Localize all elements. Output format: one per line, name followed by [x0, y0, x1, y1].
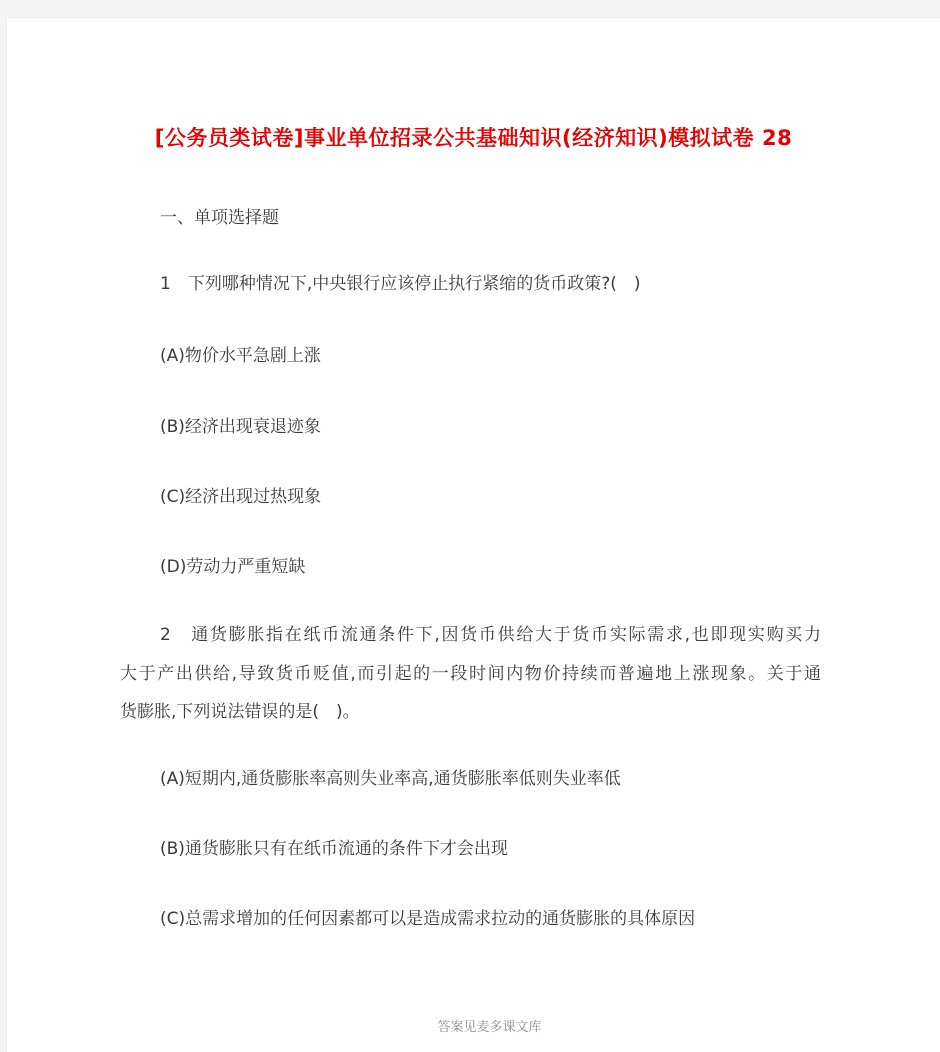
question-1-option-a: (A)物价水平急剧上涨: [120, 344, 821, 368]
question-2-stem-line-1: 2 通货膨胀指在纸币流通条件下,因货币供给大于货币实际需求,也即现实购买力: [120, 616, 821, 655]
question-2-option-b: (B)通货膨胀只有在纸币流通的条件下才会出现: [120, 837, 821, 861]
section-heading: 一、单项选择题: [120, 206, 821, 230]
page-title: [公务员类试卷]事业单位招录公共基础知识(经济知识)模拟试卷 28: [7, 123, 940, 153]
footer-note: 答案见麦多课文库: [7, 1019, 940, 1037]
question-2-stem-line-3: 货膨胀,下列说法错误的是( )。: [120, 693, 821, 732]
question-1-option-b: (B)经济出现衰退迹象: [120, 415, 821, 439]
document-page: [公务员类试卷]事业单位招录公共基础知识(经济知识)模拟试卷 28 一、单项选择…: [6, 17, 940, 1052]
question-2-option-a: (A)短期内,通货膨胀率高则失业率高,通货膨胀率低则失业率低: [120, 767, 821, 791]
app-background: { "document": { "title": "[公务员类试卷]事业单位招录…: [0, 0, 940, 1052]
question-1-option-c: (C)经济出现过热现象: [120, 485, 821, 509]
question-1-stem: 1 下列哪种情况下,中央银行应该停止执行紧缩的货币政策?( ): [120, 272, 821, 296]
question-1-option-d: (D)劳动力严重短缺: [120, 555, 821, 579]
question-2-stem-line-2: 大于产出供给,导致货币贬值,而引起的一段时间内物价持续而普遍地上涨现象。关于通: [120, 655, 821, 694]
question-2-option-c: (C)总需求增加的任何因素都可以是造成需求拉动的通货膨胀的具体原因: [120, 907, 821, 931]
question-2-stem: 2 通货膨胀指在纸币流通条件下,因货币供给大于货币实际需求,也即现实购买力 大于…: [120, 616, 821, 732]
